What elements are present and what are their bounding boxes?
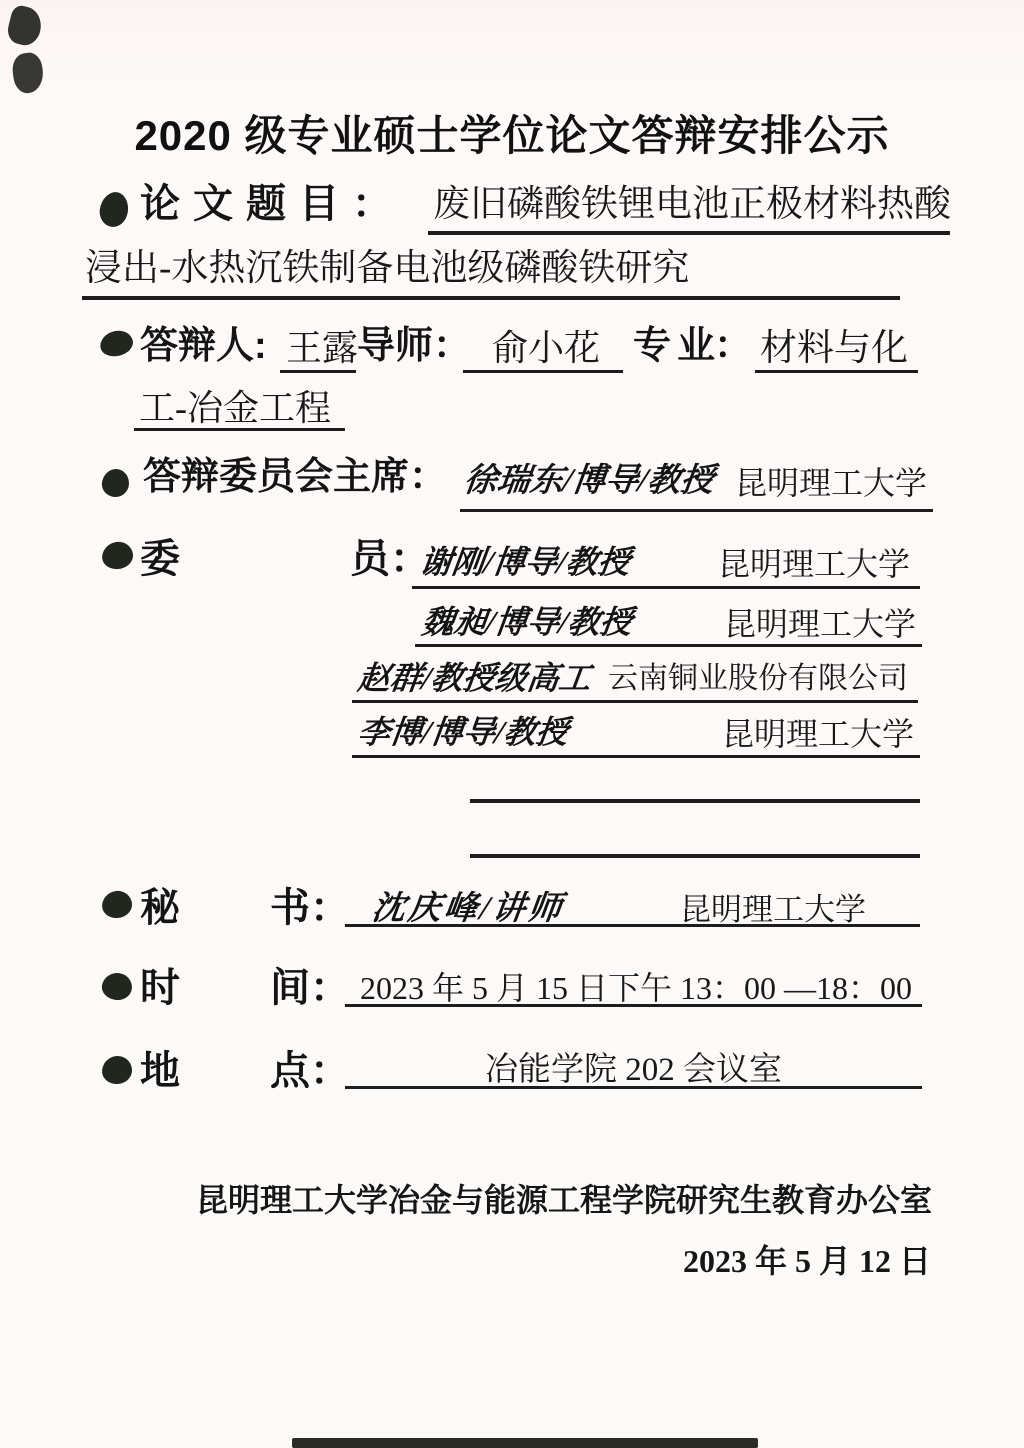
location-label-first: 地 bbox=[140, 1048, 180, 1094]
secretary-label-second: 书： bbox=[270, 885, 350, 931]
underline bbox=[82, 296, 900, 300]
underline bbox=[460, 509, 933, 512]
underline bbox=[345, 924, 920, 927]
page-title: 2020 级专业硕士学位论文答辩安排公示 bbox=[0, 112, 1024, 160]
scanned-document-page: 2020 级专业硕士学位论文答辩安排公示 论文题目： 废旧磷酸铁锂电池正极材料热… bbox=[0, 0, 1024, 1448]
location-value: 冶能学院 202 会议室 bbox=[345, 1052, 922, 1090]
major-line1: 材料与化 bbox=[760, 328, 908, 371]
advisor-label: 导师： bbox=[357, 325, 471, 369]
major-colon: ： bbox=[714, 325, 752, 369]
major-label: 专业 bbox=[633, 325, 721, 369]
scan-artifact-top-left-2 bbox=[10, 51, 45, 95]
time-label-second: 间： bbox=[270, 965, 350, 1011]
location-label-second: 点： bbox=[270, 1048, 350, 1094]
thesis-title-line2: 浸出-水热沉铁制备电池级磷酸铁研究 bbox=[85, 248, 689, 291]
secretary-label-first: 秘 bbox=[140, 885, 180, 931]
scan-artifact-bottom-bar bbox=[292, 1438, 758, 1448]
member-name: 李博/博导/教授 bbox=[356, 714, 570, 751]
bullet-icon bbox=[98, 328, 135, 359]
bullet-icon bbox=[97, 190, 130, 229]
time-label-first: 时 bbox=[140, 965, 180, 1011]
footer-office: 昆明理工大学冶金与能源工程学院研究生教育办公室 bbox=[196, 1182, 932, 1219]
underline bbox=[345, 1004, 922, 1007]
member-org: 昆明理工大学 bbox=[718, 546, 910, 583]
member-org: 云南铜业股份有限公司 bbox=[608, 662, 908, 697]
underline bbox=[463, 370, 623, 373]
bullet-icon bbox=[101, 1055, 133, 1085]
defender-label: 答辩人: bbox=[140, 325, 267, 369]
member-name: 赵群/教授级高工 bbox=[356, 660, 593, 697]
underline bbox=[428, 231, 950, 235]
scan-artifact-top-left-1 bbox=[5, 4, 45, 49]
committee-chair-label: 答辩委员会主席： bbox=[143, 456, 447, 500]
thesis-title-label: 论文题目： bbox=[140, 181, 405, 227]
footer-date: 2023 年 5 月 12 日 bbox=[683, 1243, 931, 1280]
advisor-name: 俞小花 bbox=[492, 328, 600, 369]
bullet-icon bbox=[101, 468, 130, 498]
underline bbox=[412, 586, 920, 589]
underline bbox=[134, 428, 345, 431]
time-value: 2023 年 5 月 15 日下午 13：00 —18：00 bbox=[360, 970, 912, 1007]
major-line2: 工-冶金工程 bbox=[139, 388, 331, 429]
underline bbox=[352, 700, 918, 703]
member-org: 昆明理工大学 bbox=[722, 716, 914, 753]
underline bbox=[280, 370, 356, 373]
bullet-icon bbox=[100, 540, 134, 571]
committee-chair-name: 徐瑞东/博导/教授 bbox=[462, 463, 716, 501]
blank-signature-line bbox=[470, 854, 920, 858]
bullet-icon bbox=[101, 890, 134, 920]
bullet-icon bbox=[100, 971, 133, 1002]
underline bbox=[755, 370, 918, 373]
defender-name: 王露 bbox=[286, 328, 358, 369]
underline bbox=[352, 755, 920, 758]
thesis-title-line1: 废旧磷酸铁锂电池正极材料热酸 bbox=[433, 184, 951, 227]
member-org: 昆明理工大学 bbox=[724, 606, 916, 643]
secretary-org: 昆明理工大学 bbox=[680, 892, 866, 928]
underline bbox=[345, 1086, 922, 1089]
member-name: 谢刚/博导/教授 bbox=[418, 544, 632, 581]
member-name: 魏昶/博导/教授 bbox=[420, 604, 634, 641]
blank-signature-line bbox=[470, 799, 920, 803]
underline bbox=[415, 644, 922, 647]
member-label-first: 委 bbox=[140, 536, 180, 582]
committee-chair-org: 昆明理工大学 bbox=[735, 465, 927, 502]
